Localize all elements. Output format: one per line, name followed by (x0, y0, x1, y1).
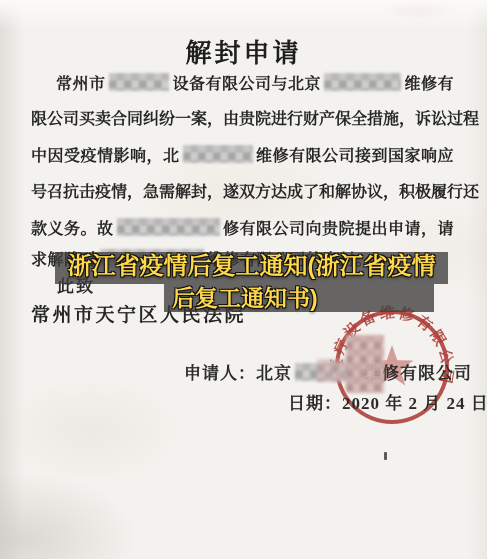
body-line: 常州市设备有限公司与北京维修有 (31, 70, 454, 94)
body-text: 款义务。故 (31, 216, 114, 239)
paper-speck (384, 452, 387, 460)
body-line: 限公司买卖合同纠纷一案，由贵院进行财产保全措施，诉讼过程 (31, 106, 454, 130)
document-photo: 解封申请 常州市设备有限公司与北京维修有限公司买卖合同纠纷一案，由贵院进行财产保… (0, 0, 487, 559)
applicant-prefix: 申请人：北京 (184, 359, 292, 384)
body-text: 维修有 (404, 71, 454, 94)
redaction-block (317, 359, 347, 382)
body-text: 中因受疫情影响，北 (31, 143, 180, 166)
body-text: 设备有限公司与北京 (172, 71, 321, 94)
body-text: 限公司买卖合同纠纷一案，由贵院进行财产保全措施，诉讼过程 (31, 111, 479, 128)
redaction-block (183, 145, 253, 163)
body-line: 号召抗击疫情，急需解封，遂双方达成了和解协议，积极履行还 (31, 179, 454, 203)
body-text: 修有限公司向贵院提出申请，请 (223, 216, 454, 239)
body-text: 常州市 (56, 71, 106, 94)
redaction-block (117, 218, 220, 236)
body-text: 维修有限公司接到国家响应 (256, 143, 454, 166)
date-line: 日期：2020 年 2 月 24 日 (288, 389, 487, 414)
body-line: 款义务。故修有限公司向贵院提出申请，请 (31, 215, 454, 239)
overlay-headline-line2: 后复工通知书) (164, 284, 434, 312)
redaction-block (346, 335, 384, 393)
body-text: 号召抗击疫情，急需解封，遂双方达成了和解协议，积极履行还 (31, 184, 479, 201)
redaction-block (109, 73, 170, 91)
redaction-block (324, 73, 402, 91)
body-line: 中因受疫情影响，北维修有限公司接到国家响应 (31, 142, 454, 166)
overlay-headline-line1: 浙江省疫情后复工通知(浙江省疫情 (55, 252, 448, 284)
document-title: 解封申请 (0, 33, 487, 70)
